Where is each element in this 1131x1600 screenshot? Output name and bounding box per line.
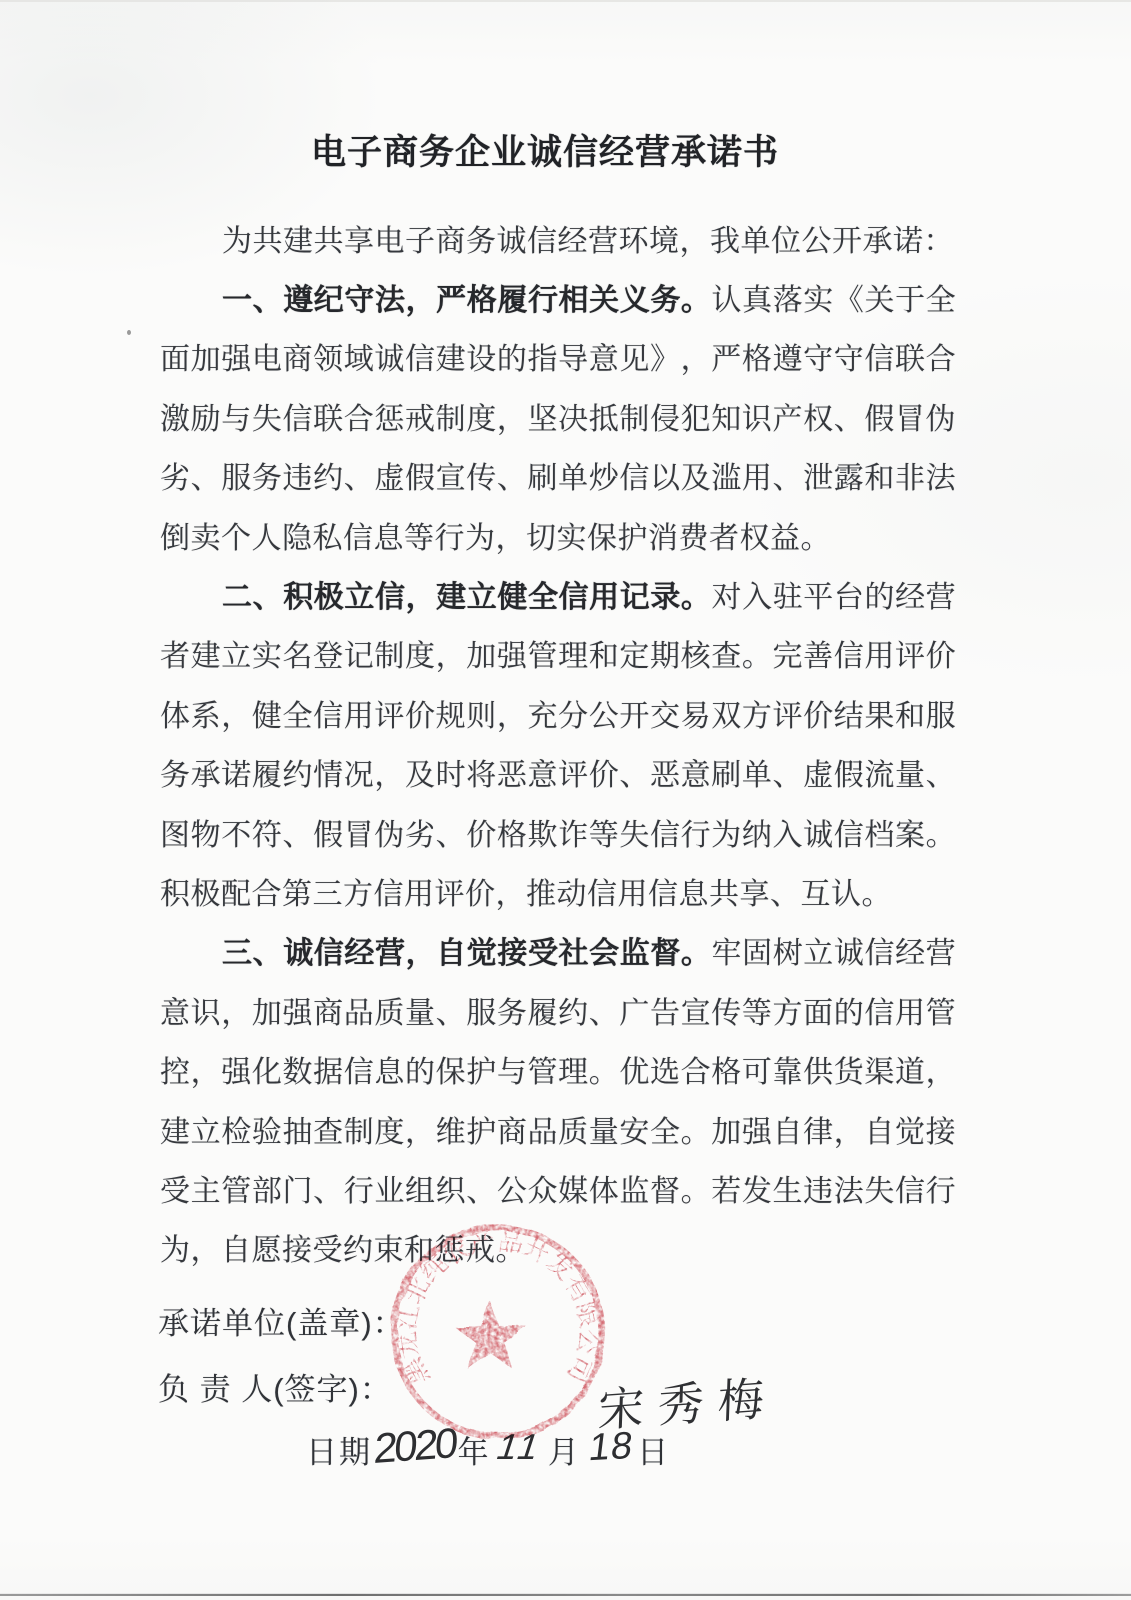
body-line: 者建立实名登记制度，加强管理和定期核查。完善信用评价 — [160, 627, 956, 686]
body-line: 三、诚信经营，自觉接受社会监督。牢固树立诚信经营 — [222, 924, 956, 983]
ink-speck — [127, 330, 131, 335]
company-seal: 黑龙江北纯农产品开发有限公司 — [388, 1220, 608, 1442]
scan-bottom-edge — [0, 1593, 1131, 1596]
body-line: 为共建共享电子商务诚信经营环境，我单位公开承诺： — [222, 212, 956, 271]
body-line: 二、积极立信，建立健全信用记录。对入驻平台的经营 — [222, 568, 956, 627]
body-line: 图物不符、假冒伪劣、价格欺诈等失信行为纳入诚信档案。 — [160, 806, 956, 865]
date-prefix-label: 日期 — [306, 1427, 372, 1472]
scan-top-edge — [0, 0, 1131, 2]
body-line: 体系，健全信用评价规则，充分公开交易双方评价结果和服 — [160, 687, 956, 746]
body-line: 控，强化数据信息的保护与管理。优选合格可靠供货渠道， — [160, 1043, 956, 1102]
seal-company-text: 黑龙江北纯农产品开发有限公司 — [391, 1225, 605, 1390]
body-line: 建立检验抽查制度，维护商品质量安全。加强自律，自觉接 — [160, 1103, 956, 1162]
body-line: 意识，加强商品质量、服务履约、广告宣传等方面的信用管 — [160, 984, 956, 1043]
body-line: 受主管部门、行业组织、公众媒体监督。若发生违法失信行 — [160, 1162, 956, 1221]
scanned-document-page: 电子商务企业诚信经营承诺书 为共建共享电子商务诚信经营环境，我单位公开承诺：一、… — [0, 0, 1131, 1600]
body-line: 积极配合第三方信用评价，推动信用信息共享、互认。 — [160, 865, 956, 924]
signature-handwritten: 宋秀梅 — [597, 1362, 779, 1441]
body-line: 倒卖个人隐私信息等行为，切实保护消费者权益。 — [160, 509, 956, 568]
commit-unit-label: 承诺单位(盖章)： — [158, 1300, 405, 1348]
seal-star-icon — [454, 1300, 526, 1369]
svg-text:黑龙江北纯农产品开发有限公司: 黑龙江北纯农产品开发有限公司 — [391, 1225, 605, 1390]
document-title: 电子商务企业诚信经营承诺书 — [160, 126, 930, 180]
body-line: 一、遵纪守法，严格履行相关义务。认真落实《关于全 — [222, 271, 956, 330]
body-line: 激励与失信联合惩戒制度，坚决抵制侵犯知识产权、假冒伪 — [160, 390, 956, 449]
body-line: 务承诺履约情况，及时将恶意评价、恶意刷单、虚假流量、 — [160, 746, 956, 805]
body-line: 面加强电商领域诚信建设的指导意见》，严格遵守守信联合 — [160, 330, 956, 389]
responsible-person-label: 负 责 人(签字)： — [158, 1366, 392, 1414]
body-line: 劣、服务违约、虚假宣传、刷单炒信以及滥用、泄露和非法 — [160, 449, 956, 508]
